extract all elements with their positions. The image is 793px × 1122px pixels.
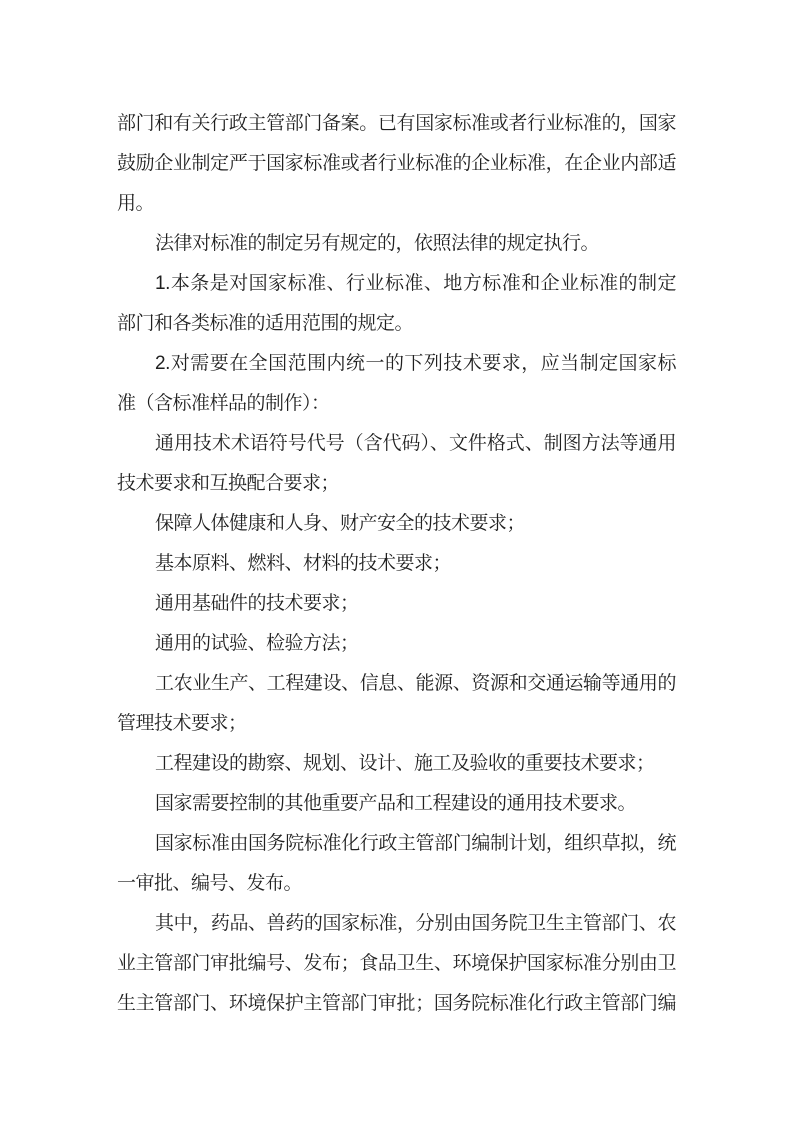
text-line: 2.对需要在全国范围内统一的下列技术要求，应当制定国家标 [117, 344, 676, 384]
text-line: 鼓励企业制定严于国家标准或者行业标准的企业标准，在企业内部适 [117, 144, 676, 184]
text-line: 通用技术术语符号代号（含代码）、文件格式、制图方法等通用 [117, 424, 676, 464]
text-line: 1.本条是对国家标准、行业标准、地方标准和企业标准的制定 [117, 264, 676, 304]
text-line: 工农业生产、工程建设、信息、能源、资源和交通运输等通用的 [117, 664, 676, 704]
document-page: 部门和有关行政主管部门备案。已有国家标准或者行业标准的，国家鼓励企业制定严于国家… [0, 0, 793, 1122]
text-line: 国家需要控制的其他重要产品和工程建设的通用技术要求。 [117, 784, 676, 824]
text-line: 技术要求和互换配合要求； [117, 464, 676, 504]
text-line: 用。 [117, 184, 676, 224]
text-line: 通用的试验、检验方法； [117, 624, 676, 664]
text-body: 部门和有关行政主管部门备案。已有国家标准或者行业标准的，国家鼓励企业制定严于国家… [117, 104, 676, 1024]
text-line: 一审批、编号、发布。 [117, 864, 676, 904]
text-line: 生主管部门、环境保护主管部门审批；国务院标准化行政主管部门编 [117, 984, 676, 1024]
text-line: 保障人体健康和人身、财产安全的技术要求； [117, 504, 676, 544]
text-line: 国家标准由国务院标准化行政主管部门编制计划，组织草拟，统 [117, 824, 676, 864]
text-line: 工程建设的勘察、规划、设计、施工及验收的重要技术要求； [117, 744, 676, 784]
text-line: 通用基础件的技术要求； [117, 584, 676, 624]
text-line: 管理技术要求； [117, 704, 676, 744]
text-line: 部门和有关行政主管部门备案。已有国家标准或者行业标准的，国家 [117, 104, 676, 144]
text-line: 准（含标准样品的制作）： [117, 384, 676, 424]
text-line: 法律对标准的制定另有规定的，依照法律的规定执行。 [117, 224, 676, 264]
text-line: 其中，药品、兽药的国家标准，分别由国务院卫生主管部门、农 [117, 904, 676, 944]
text-line: 基本原料、燃料、材料的技术要求； [117, 544, 676, 584]
text-line: 业主管部门审批编号、发布；食品卫生、环境保护国家标准分别由卫 [117, 944, 676, 984]
text-line: 部门和各类标准的适用范围的规定。 [117, 304, 676, 344]
